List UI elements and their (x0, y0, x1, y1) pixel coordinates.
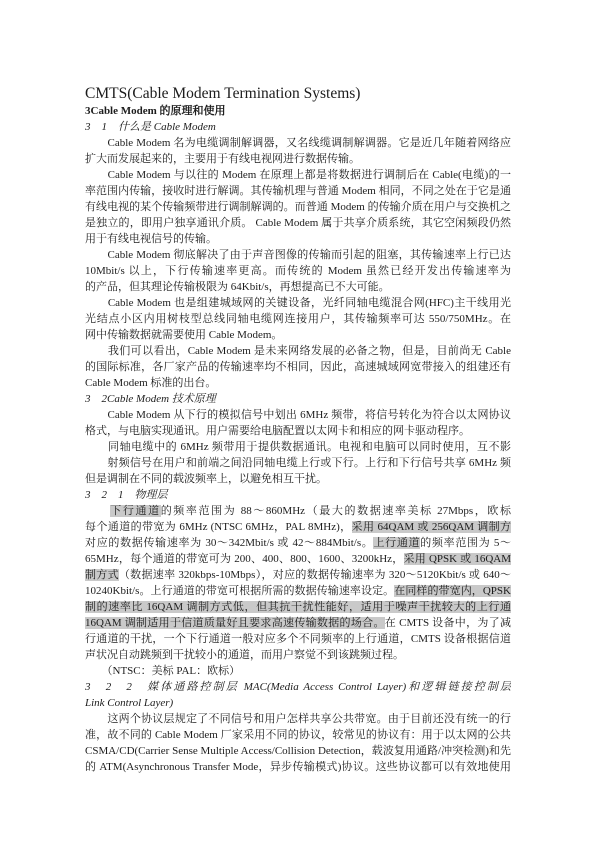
text-segment: 每个通道的带宽为 6MHz (NTSC 6MHz，PAL 8MHz)， (85, 521, 352, 533)
text-segment: 但是调制在不同的载波频率上，以避免相互干扰。 (85, 473, 327, 485)
text-segment: 3 2 1 物理层 (85, 489, 168, 501)
text-line: 制方式（数据速率 320kbps-10Mbps），对应的数据传输速率为 320～… (85, 567, 511, 583)
text-segment: Cable Modem 彻底解决了由于声音图像的传输而引起的阻塞，其传输速率上行… (85, 249, 511, 261)
text-line: 下行通道的频率范围为 88～860MHz（最大的数据速率美标 27Mbps，欧标… (85, 503, 511, 519)
text-segment: （NTSC：美标 PAL：欧标） (85, 665, 240, 677)
highlighted-text: 制的速率比 16QAM 调制方式低，但其抗干扰性能好，适用于噪声干扰较大的上行通… (85, 601, 511, 615)
text-line: Cable Modem 标准的出台。 (85, 375, 511, 391)
text-line: 这两个协议层规定了不同信号和用户怎样共享公共带宽。由于目前还没有统一的行业标 (85, 711, 511, 727)
text-line: 10Mbit/s 以上，下行传输速率更高。而传统的 Modem 虽然已经开发出传… (85, 263, 511, 279)
text-line: 但是调制在不同的载波频率上，以避免相互干扰。 (85, 471, 511, 487)
text-segment: 10240Kbit/s。上行通道的带宽可根据所需的数据传输速率设定。 (85, 585, 394, 597)
text-segment: 用于有线电视信号的传输。 (85, 233, 217, 245)
text-line: Cable Modem 从下行的模拟信号中划出 6MHz 频带，将信号转化为符合… (85, 407, 511, 423)
text-line: 的 ATM(Asynchronous Transfer Mode，异步传输模式)… (85, 759, 511, 775)
document-title: CMTS(Cable Modem Termination Systems) (85, 84, 511, 103)
text-line: 准，故不同的 Cable Modem 厂家采用不同的协议，较常见的协议有：用于以… (85, 727, 511, 743)
text-segment: 3 1 什么是 Cable Modem (85, 121, 216, 133)
text-segment: （数据速率 320kbps-10Mbps），对应的数据传输速率为 320～512… (119, 569, 511, 581)
text-line: 行通道的干扰，一个下行通道一般对应多个不同频率的上行通道，CMTS 设备根据信道… (85, 631, 511, 647)
document-content: CMTS(Cable Modem Termination Systems) 3C… (85, 84, 511, 775)
text-line: 扩大而发展起来的，主要用于有线电视网进行数据传输。 (85, 151, 511, 167)
text-segment: 这两个协议层规定了不同信号和用户怎样共享公共带宽。由于目前还没有统一的行业标 (85, 713, 511, 727)
text-segment: Cable Modem 从下行的模拟信号中划出 6MHz 频带，将信号转化为符合… (85, 409, 511, 423)
text-segment: 65MHz，每个通道的带宽可为 200、400、800、1600、3200kHz… (85, 553, 404, 565)
text-line: 同轴电缆中的 6MHz 频带用于提供数据通讯。电视和电脑可以同时使用，互不影响。 (85, 439, 511, 455)
text-line: 的产品，但其理论传输极限为 64Kbit/s，再想提高已不大可能。 (85, 279, 511, 295)
text-segment: 格式，与电脑实现通讯。用户需要给电脑配置以太网卡和相应的网卡驱动程序。 (85, 425, 470, 437)
text-line: Cable Modem 与以往的 Modem 在原理上都是将数据进行调制后在 C… (85, 167, 511, 183)
text-segment: Link Control Layer) (85, 697, 173, 709)
text-line: 3 2 1 物理层 (85, 487, 511, 503)
highlighted-text: 制方式 (85, 569, 119, 581)
text-segment: 率范围内传输，接收时进行解调。其传输机理与普通 Modem 相同，不同之处在于它… (85, 185, 511, 199)
text-line: 用于有线电视信号的传输。 (85, 231, 511, 247)
text-line: 10240Kbit/s。上行通道的带宽可根据所需的数据传输速率设定。在同样的带宽… (85, 583, 511, 599)
text-segment: 同轴电缆中的 6MHz 频带用于提供数据通讯。电视和电脑可以同时使用，互不影响。 (85, 441, 511, 455)
text-line: 3Cable Modem 的原理和使用 (85, 103, 511, 119)
highlighted-text: 下行通道 (110, 505, 160, 517)
text-segment: 的国际标准，各厂家产品的传输速率均不相同，因此，高速城域网宽带接入的组建还有待于 (85, 361, 511, 375)
text-line: 是独立的，即用户独享通讯介质。 Cable Modem 属于共享介质系统，其它空… (85, 215, 511, 231)
text-line: 格式，与电脑实现通讯。用户需要给电脑配置以太网卡和相应的网卡驱动程序。 (85, 423, 511, 439)
text-segment: 的频率范围为 5～ (420, 537, 511, 549)
text-line: Cable Modem 也是组建城域网的关键设备，光纤同轴电缆混合网(HFC)主… (85, 295, 511, 311)
text-line: CSMA/CD(Carrier Sense Multiple Access/Co… (85, 743, 511, 759)
text-segment: Cable Modem 标准的出台。 (85, 377, 216, 389)
document-page: CMTS(Cable Modem Termination Systems) 3C… (0, 0, 600, 850)
text-segment: 3 2Cable Modem 技术原理 (85, 393, 216, 405)
text-line: 3 2 2 媒体通路控制层 MAC(Media Access Control L… (85, 679, 511, 695)
text-segment: 准，故不同的 Cable Modem 厂家采用不同的协议，较常见的协议有：用于以… (85, 729, 511, 741)
text-line: 射频信号在用户和前端之间沿同轴电缆上行或下行。上行和下行信号共享 6MHz 频带… (85, 455, 511, 471)
text-segment: 射频信号在用户和前端之间沿同轴电缆上行或下行。上行和下行信号共享 6MHz 频带… (85, 457, 511, 471)
text-segment (85, 505, 110, 517)
text-line: 网中传输数据就需要使用 Cable Modem。 (85, 327, 511, 343)
text-segment: 光结点小区内用树枝型总线同轴电缆网连接用户，其传输频率可达 550/750MHz… (85, 313, 511, 327)
highlighted-text: 上行通道 (373, 537, 420, 549)
text-line: （NTSC：美标 PAL：欧标） (85, 663, 511, 679)
text-line: Cable Modem 名为电缆调制解调器，又名线缆调制解调器。它是近几年随着网… (85, 135, 511, 151)
text-segment: 对应的数据传输速率为 30～342Mbit/s 或 42～884Mbit/s。 (85, 537, 373, 549)
text-segment: 是独立的，即用户独享通讯介质。 Cable Modem 属于共享介质系统，其它空… (85, 217, 511, 231)
text-segment: 扩大而发展起来的，主要用于有线电视网进行数据传输。 (85, 153, 360, 165)
text-segment: 网中传输数据就需要使用 Cable Modem。 (85, 329, 282, 341)
text-line: 3 1 什么是 Cable Modem (85, 119, 511, 135)
text-segment: 有线电视的某个传输频带进行调制解调的。而普通 Modem 的传输介质在用户与交换… (85, 201, 511, 215)
text-segment: CSMA/CD(Carrier Sense Multiple Access/Co… (85, 745, 511, 759)
doc-body: 3Cable Modem 的原理和使用3 1 什么是 Cable Modem C… (85, 103, 511, 775)
text-segment: 我们可以看出，Cable Modem 是未来网络发展的必备之物，但是，目前尚无 … (85, 345, 511, 359)
text-segment: Cable Modem 也是组建城域网的关键设备，光纤同轴电缆混合网(HFC)主… (85, 297, 511, 311)
text-line: 每个通道的带宽为 6MHz (NTSC 6MHz，PAL 8MHz)，采用 64… (85, 519, 511, 535)
highlighted-text: 16QAM 调制适用于信道质量好且要求高速传输数据的场合。 (85, 617, 385, 629)
text-line: 3 2Cable Modem 技术原理 (85, 391, 511, 407)
text-line: 16QAM 调制适用于信道质量好且要求高速传输数据的场合。在 CMTS 设备中，… (85, 615, 511, 631)
text-segment: 行通道的干扰，一个下行通道一般对应多个不同频率的上行通道，CMTS 设备根据信道… (85, 633, 511, 647)
text-segment: Cable Modem 与以往的 Modem 在原理上都是将数据进行调制后在 C… (85, 169, 511, 183)
text-line: 光结点小区内用树枝型总线同轴电缆网连接用户，其传输频率可达 550/750MHz… (85, 311, 511, 327)
text-segment: 10Mbit/s 以上，下行传输速率更高。而传统的 Modem 虽然已经开发出传… (85, 265, 511, 279)
text-segment: 3 2 2 媒体通路控制层 MAC(Media Access Control L… (85, 681, 511, 695)
text-line: Cable Modem 彻底解决了由于声音图像的传输而引起的阻塞，其传输速率上行… (85, 247, 511, 263)
text-line: 声状况自动跳频到干扰较小的通道，而用户察觉不到该跳频过程。 (85, 647, 511, 663)
text-line: 我们可以看出，Cable Modem 是未来网络发展的必备之物，但是，目前尚无 … (85, 343, 511, 359)
text-segment: Cable Modem 名为电缆调制解调器，又名线缆调制解调器。它是近几年随着网… (85, 137, 511, 151)
text-line: 制的速率比 16QAM 调制方式低，但其抗干扰性能好，适用于噪声干扰较大的上行通… (85, 599, 511, 615)
text-segment: 的 ATM(Asynchronous Transfer Mode，异步传输模式)… (85, 761, 511, 775)
text-segment: 的产品，但其理论传输极限为 64Kbit/s，再想提高已不大可能。 (85, 281, 390, 293)
text-segment: 3Cable Modem 的原理和使用 (85, 105, 226, 117)
text-segment: 声状况自动跳频到干扰较小的通道，而用户察觉不到该跳频过程。 (85, 649, 404, 661)
text-line: 的国际标准，各厂家产品的传输速率均不相同，因此，高速城域网宽带接入的组建还有待于 (85, 359, 511, 375)
text-line: 对应的数据传输速率为 30～342Mbit/s 或 42～884Mbit/s。上… (85, 535, 511, 551)
text-line: Link Control Layer) (85, 695, 511, 711)
text-line: 65MHz，每个通道的带宽可为 200、400、800、1600、3200kHz… (85, 551, 511, 567)
text-line: 有线电视的某个传输频带进行调制解调的。而普通 Modem 的传输介质在用户与交换… (85, 199, 511, 215)
text-line: 率范围内传输，接收时进行解调。其传输机理与普通 Modem 相同，不同之处在于它… (85, 183, 511, 199)
